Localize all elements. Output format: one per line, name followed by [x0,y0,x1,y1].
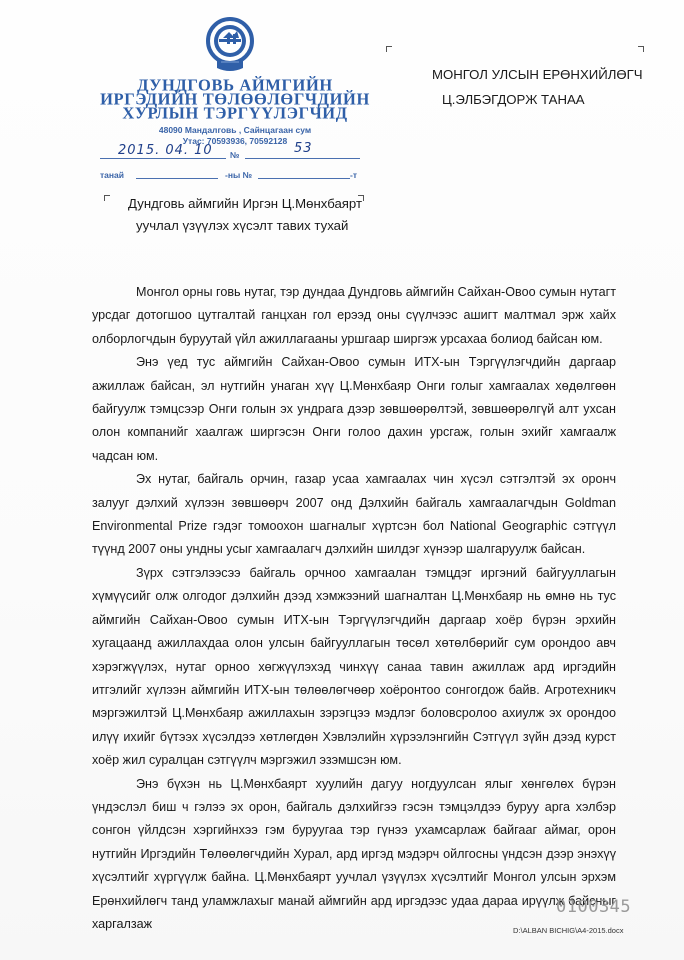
number-underline [245,158,360,159]
letter-body: Монгол орны говь нутаг, тэр дундаа Дундг… [92,281,616,936]
body-paragraph: Энэ үед тус аймгийн Сайхан-Овоо сумын ИТ… [92,351,616,468]
addressee-line2: Ц.ЭЛБЭГДОРЖ ТАНАА [442,92,585,107]
body-paragraph: Монгол орны говь нутаг, тэр дундаа Дундг… [92,281,616,351]
org-address: 48090 Мандалговь , Сайнцагаан сум [90,125,380,135]
serial-stamp: 0100345 [556,897,631,917]
body-paragraph: Зүрх сэтгэлээсээ байгаль орчноо хамгаала… [92,562,616,773]
state-emblem-icon [199,14,261,76]
subject-corner-mark [104,195,110,201]
number-label: № [230,150,239,160]
body-paragraph: Энэ бүхэн нь Ц.Мөнхбаярт хуулийн дагуу н… [92,773,616,937]
subject-line2: уучлал үзүүлэх хүсэлт тавих тухай [136,218,348,233]
your-number-underline [258,178,350,179]
addressee-corner-mark [638,46,644,52]
date-underline [100,158,226,159]
addressee-line1: МОНГОЛ УЛСЫН ЕРӨНХИЙЛӨГЧ [432,67,643,82]
subject-line1: Дундговь аймгийн Иргэн Ц.Мөнхбаярт [128,196,362,211]
letter-page: ДУНДГОВЬ АЙМГИЙН ИРГЭДИЙН ТӨЛӨӨЛӨГЧДИЙН … [0,0,684,960]
addressee-corner-mark [386,46,392,52]
your-ref-underline [136,178,218,179]
date-handwritten: 2015. 04. 10 [118,143,213,158]
body-paragraph: Эх нутаг, байгаль орчин, газар усаа хамг… [92,468,616,562]
your-number-suffix: -т [350,170,357,180]
org-name-line3: ХУРЛЫН ТЭРГҮҮЛЭГЧИД [90,105,380,121]
your-label: танай [100,170,124,180]
file-path: D:\ALBAN BICHIG\A4-2015.docx [513,926,623,935]
your-number-label: -ны № [225,170,252,180]
number-handwritten: 53 [294,141,313,156]
